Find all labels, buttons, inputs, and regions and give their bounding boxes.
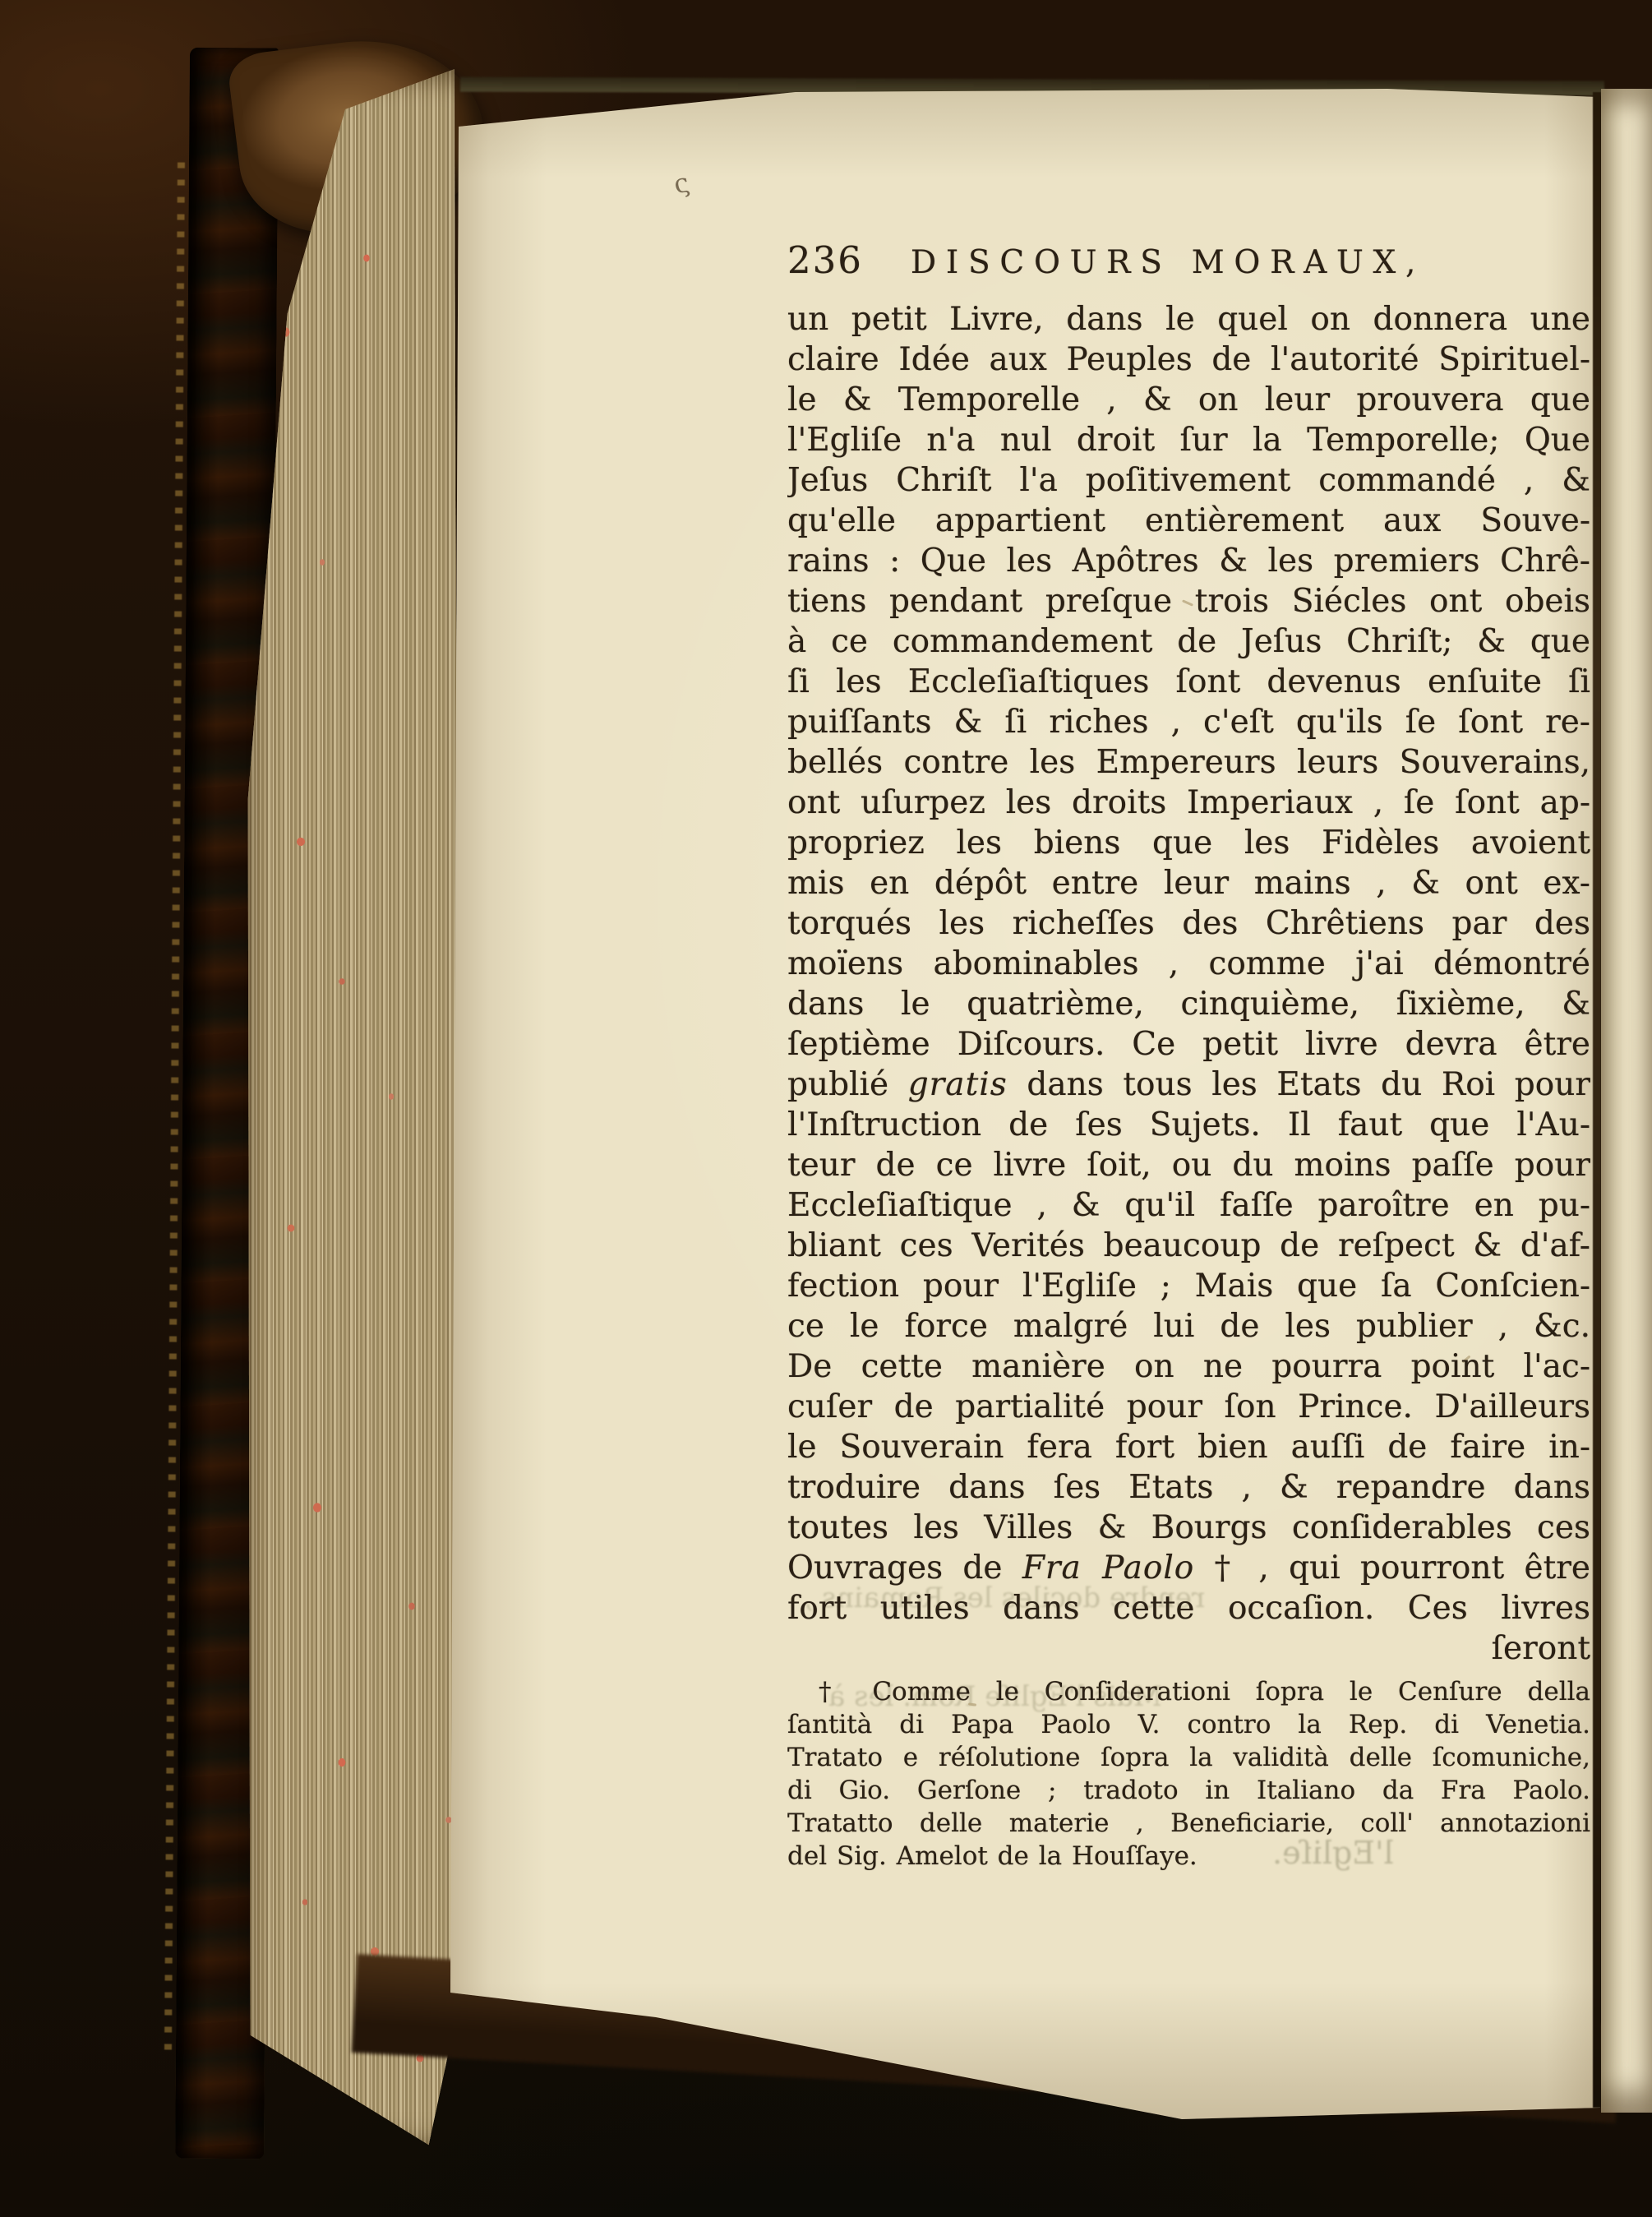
text-line: ſantità di Papa Paolo V. contro la Rep. … xyxy=(787,1708,1590,1741)
text-line: fort utiles dans cette occaſion. Ces liv… xyxy=(787,1588,1590,1628)
text-line: ſeptième Diſcours. Ce petit livre devra … xyxy=(787,1024,1590,1065)
text-line: Eccleſiaſtique , & qu'il faſſe paroître … xyxy=(787,1185,1590,1226)
text-line: troduire dans ſes Etats , & repandre dan… xyxy=(787,1467,1590,1508)
text-line: à ce commandement de Jeſus Chriſt; & que xyxy=(787,621,1590,662)
text-line: bellés contre les Empereurs leurs Souver… xyxy=(787,742,1590,783)
text-line: le & Temporelle , & on leur prouvera que xyxy=(787,380,1590,420)
text-line: claire Idée aux Peuples de l'autorité Sp… xyxy=(787,339,1590,380)
catchword: ſeront xyxy=(787,1628,1590,1669)
text-line: torqués les richeſſes des Chrêtiens par … xyxy=(787,903,1590,944)
text-line: † Comme le Conſiderationi ſopra le Cenſu… xyxy=(787,1675,1590,1708)
book-photo-scene: rendre dociles les Romains , Mais l'Egli… xyxy=(0,0,1652,2217)
page-title: DISCOURS MORAUX, xyxy=(911,244,1425,281)
text-line: le Souverain fera fort bien auſſi de fai… xyxy=(787,1427,1590,1467)
text-line: cuſer de partialité pour ſon Prince. D'a… xyxy=(787,1387,1590,1427)
text-line: moïens abominables , comme j'ai démontré xyxy=(787,944,1590,984)
text-line: mis en dépôt entre leur mains , & ont ex… xyxy=(787,863,1590,903)
text-line: qu'elle appartient entièrement aux Souve… xyxy=(787,501,1590,541)
text-line: Tratatto delle materie , Beneficiarie, c… xyxy=(787,1807,1590,1840)
page-fore-edge-stack xyxy=(243,61,475,2170)
text-line: Tratato e réſolutione ſopra la validità … xyxy=(787,1741,1590,1774)
text-line: dans le quatrième, cinquième, ſixième, & xyxy=(787,984,1590,1024)
stray-ink-mark: ς xyxy=(671,166,693,200)
text-line: ont uſurpez les droits Imperiaux , ſe ſo… xyxy=(787,783,1590,823)
text-line: del Sig. Amelot de la Houſſaye. xyxy=(787,1840,1590,1873)
text-line: toutes les Villes & Bourgs conſiderables… xyxy=(787,1508,1590,1548)
text-line: De cette manière on ne pourra point l'ac… xyxy=(787,1346,1590,1387)
text-line: ce le force malgré lui de les publier , … xyxy=(787,1306,1590,1346)
text-line: Ouvrages de Fra Paolo † , qui pourront ê… xyxy=(787,1548,1590,1588)
text-line: l'Egliſe n'a nul droit ſur la Temporelle… xyxy=(787,420,1590,460)
page-number: 236 xyxy=(787,238,863,282)
text-line: propriez les biens que les Fidèles avoie… xyxy=(787,823,1590,863)
text-line: ſi les Eccleſiaſtiques ſont devenus enſu… xyxy=(787,662,1590,702)
body-lines: un petit Livre, dans le quel on donnera … xyxy=(787,299,1590,1669)
gutter-crease xyxy=(1593,92,1601,2108)
text-line: puiſſants & ſi riches , c'eſt qu'ils ſe … xyxy=(787,702,1590,742)
text-line: publié gratis dans tous les Etats du Roi… xyxy=(787,1065,1590,1105)
text-line: bliant ces Verités beaucoup de reſpect &… xyxy=(787,1226,1590,1266)
text-line: teur de ce livre ſoit, ou du moins paſſe… xyxy=(787,1145,1590,1185)
text-line: tiens pendant preſque trois Siécles ont … xyxy=(787,581,1590,621)
facing-page-sliver xyxy=(1601,89,1652,2113)
text-line: un petit Livre, dans le quel on donnera … xyxy=(787,299,1590,339)
text-line: fection pour l'Egliſe ; Mais que ſa Conſ… xyxy=(787,1266,1590,1306)
text-line: rains : Que les Apôtres & les premiers C… xyxy=(787,541,1590,581)
text-line: di Gio. Gerſone ; tradoto in Italiano da… xyxy=(787,1774,1590,1807)
running-header: 236 DISCOURS MORAUX, xyxy=(787,238,1590,293)
text-line: l'Inſtruction de ſes Sujets. Il faut que… xyxy=(787,1105,1590,1145)
text-column: 236 DISCOURS MORAUX, un petit Livre, dan… xyxy=(787,238,1590,293)
footnote-lines: † Comme le Conſiderationi ſopra le Cenſu… xyxy=(787,1675,1590,1873)
text-line: Jeſus Chriſt l'a poſitivement commandé ,… xyxy=(787,460,1590,501)
book-page: rendre dociles les Romains , Mais l'Egli… xyxy=(442,76,1603,2126)
